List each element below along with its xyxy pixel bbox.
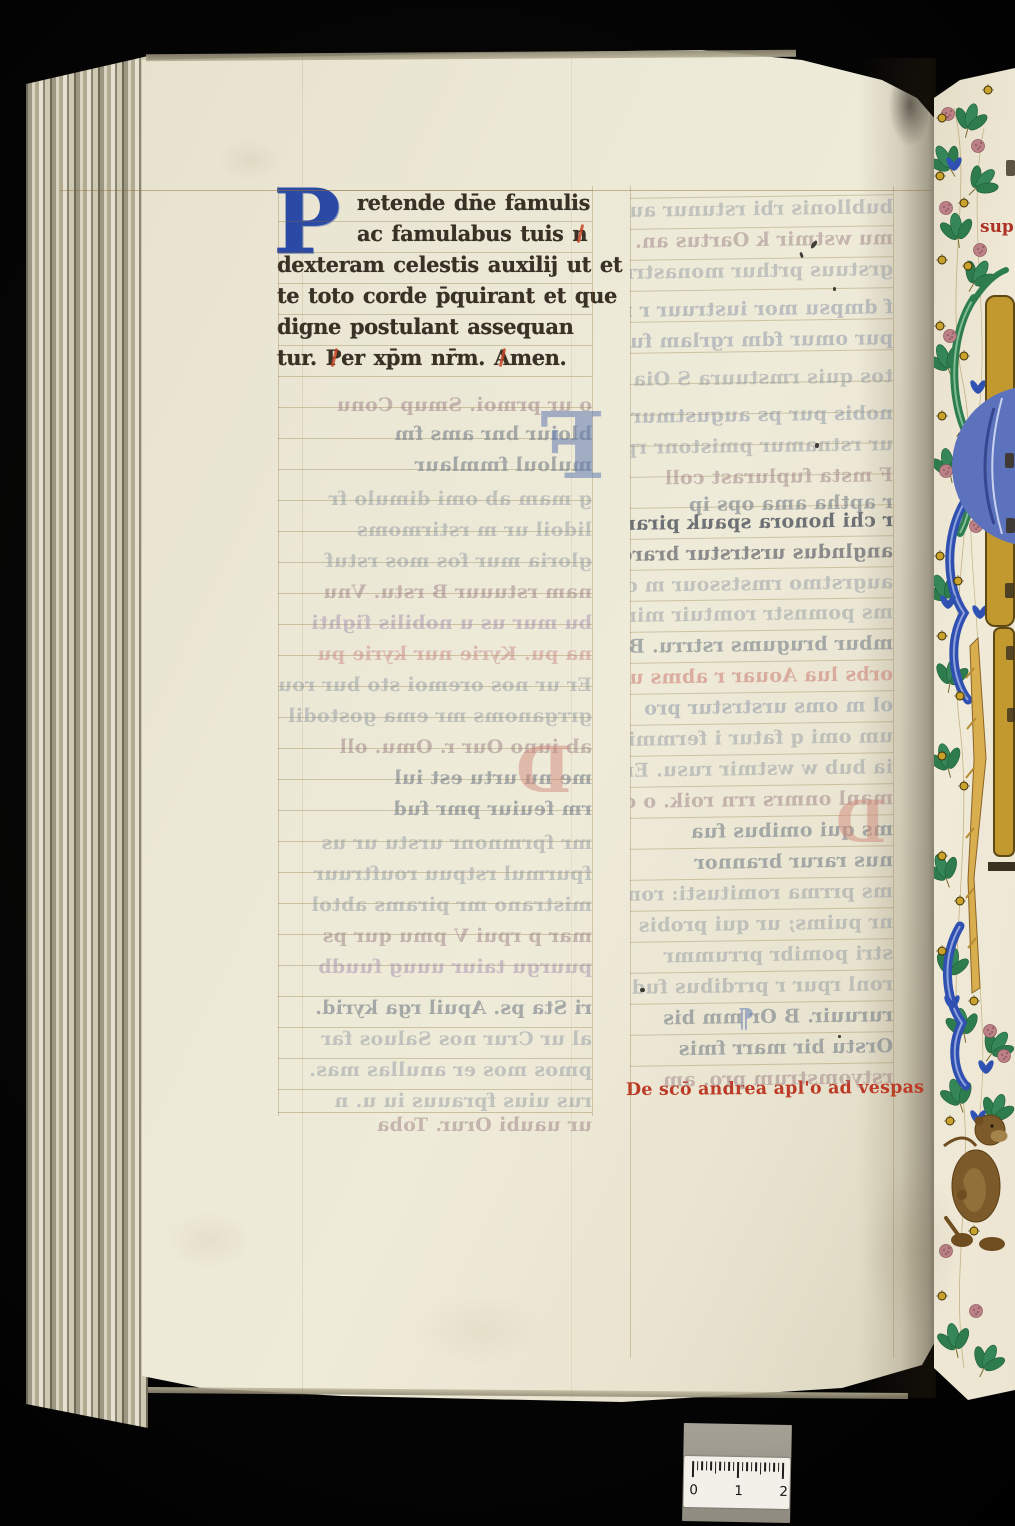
scale-tick bbox=[724, 1462, 726, 1471]
prayer-line: dexteram celestis auxilij ut et bbox=[277, 249, 599, 280]
showthrough-line: ur rstnamur pmistonr rpl. bbox=[630, 431, 893, 461]
scale-tick bbox=[782, 1463, 784, 1479]
showthrough-line: mr fprmnonr urstu ur us bbox=[278, 830, 592, 856]
showthrough-line: lidoil ur m rstirmoms bbox=[278, 517, 592, 543]
showthrough-line: ol m oms urstrstur pro bbox=[630, 692, 893, 722]
showthrough-initial: D bbox=[516, 742, 572, 800]
scale-tick bbox=[746, 1462, 748, 1471]
showthrough-line: r chi honora spauk pirams bbox=[630, 507, 893, 537]
ruling-line bbox=[278, 221, 592, 222]
ruling-line bbox=[278, 314, 592, 315]
showthrough-line: nr puims; ur qui probis bbox=[630, 909, 893, 939]
scale-tick bbox=[706, 1461, 708, 1470]
showthrough-initial: ¶ bbox=[738, 1008, 755, 1031]
showthrough-initial: D bbox=[836, 796, 886, 848]
ruling-line bbox=[893, 186, 894, 1358]
scale-tick bbox=[751, 1462, 753, 1471]
showthrough-line: ms pomnstr romtuir mir bbox=[630, 599, 893, 629]
ink-speck bbox=[640, 988, 645, 992]
showthrough-line: fpurmul rstpuu rouftruur bbox=[278, 861, 592, 887]
showthrough-line: f dmpsu mor iustruur r r bbox=[630, 294, 893, 324]
showthrough-line: Er ur nos oremoi sto bur rou bbox=[278, 672, 592, 698]
ruling-line bbox=[60, 190, 932, 191]
ruling-line bbox=[278, 252, 592, 253]
showthrough-line: gloria mur fos mos rstuf bbox=[278, 548, 592, 574]
scale-tick bbox=[692, 1461, 694, 1477]
showthrough-line: bu mur us u nobilis fighti bbox=[278, 610, 592, 636]
prayer-line: ac famulabus tuis n bbox=[277, 218, 599, 249]
showthrough-initial: F bbox=[540, 405, 605, 488]
scale-tick bbox=[733, 1462, 735, 1471]
scale-sticker: 0 1 2 bbox=[683, 1456, 790, 1509]
scale-tick bbox=[710, 1461, 712, 1470]
showthrough-line: grstuus prthur monastrn bbox=[630, 256, 893, 286]
scale-tick bbox=[778, 1463, 780, 1472]
showthrough-line: mar p rpui V pmu qur ps bbox=[278, 923, 592, 949]
showthrough-line: nobis pur ps augustmur br org bbox=[630, 400, 893, 430]
showthrough-line: nam rstuuur B rstu. Vnu bbox=[278, 579, 592, 605]
ink-speck bbox=[833, 287, 836, 291]
showthrough-line: rstyomstrum pro. am bbox=[630, 1064, 893, 1094]
scale-tick bbox=[701, 1461, 703, 1470]
showthrough-line: bubllonis rbi rstunur augul bbox=[630, 194, 893, 224]
scale-tick bbox=[742, 1462, 744, 1471]
ruling-line bbox=[278, 345, 592, 346]
ruling-line bbox=[278, 376, 592, 377]
scale-tick bbox=[737, 1462, 739, 1478]
color-scale-ruler: 0 1 2 bbox=[680, 1421, 794, 1523]
showthrough-line: ruruuir. B Or mm bis bbox=[630, 1002, 893, 1032]
scale-tick bbox=[760, 1462, 762, 1474]
prayer-line: digne postulant assequan bbox=[277, 311, 599, 342]
showthrough-line: orbs lua Aouar r abms u bbox=[630, 661, 893, 691]
scale-tick bbox=[773, 1463, 775, 1472]
scale-tick bbox=[715, 1462, 717, 1474]
ink-speck bbox=[838, 1035, 841, 1038]
scale-tick bbox=[719, 1462, 721, 1471]
scale-tick bbox=[755, 1462, 757, 1471]
showthrough-line: ms prrma romitusti: rom bbox=[630, 878, 893, 908]
scale-card: 0 1 2 bbox=[682, 1423, 792, 1523]
prayer-line: te toto corde p̄quirant et que bbox=[277, 280, 599, 311]
ruling-line bbox=[630, 287, 893, 292]
showthrough-line: grrganoms mr ema gostodil bbox=[278, 703, 592, 729]
showthrough-line: rus uius fprauus iu u. n bbox=[278, 1088, 592, 1114]
scale-label-1: 1 bbox=[731, 1483, 745, 1499]
scale-tick bbox=[697, 1461, 699, 1470]
showthrough-line: F msta fuplurast coll bbox=[630, 462, 893, 492]
showthrough-line: ia bub w wstmir rusu. Er glo bbox=[630, 754, 893, 784]
manuscript-photo: sup P retende dn̄e famulisac famulabus t… bbox=[0, 0, 1015, 1526]
scale-label-0: 0 bbox=[686, 1482, 700, 1498]
showthrough-line: al ur Crur nos Saluos far bbox=[278, 1026, 592, 1052]
showthrough-line: tos quis rmstuura S Oia p bbox=[630, 363, 893, 393]
showthrough-line: mu wstmir k Oartus an. bbox=[630, 225, 893, 255]
prayer-line: retende dn̄e famulis bbox=[277, 187, 599, 218]
showthrough-line: ronl rpur r prrdibus fud bbox=[630, 971, 893, 1001]
scale-tick bbox=[764, 1463, 766, 1472]
showthrough-line: augrstmo rmstssour m o l bbox=[630, 569, 893, 599]
showthrough-line: um omi q fatur i fermmis bbox=[630, 723, 893, 753]
showthrough-line: pur omur fdm rgrlam fub bbox=[630, 325, 893, 355]
ruling-line bbox=[592, 186, 593, 1116]
scale-label-2: 2 bbox=[776, 1484, 790, 1500]
showthrough-line: pmos mos er anullas mas. bbox=[278, 1057, 592, 1083]
prayer-line: tur. Per xp̄m nr̄m. Amen. bbox=[277, 342, 599, 373]
page-content: P retende dn̄e famulisac famulabus tuis … bbox=[0, 0, 1015, 1526]
showthrough-line: na pu. Kyrie nur kyrie pu bbox=[278, 641, 592, 667]
showthrough-line: ri Sta ps. Apuil rga kyrid. bbox=[278, 995, 592, 1021]
ruling-line bbox=[278, 283, 592, 284]
showthrough-line: mbur brugums rstrru. B bbox=[630, 630, 893, 660]
scale-tick bbox=[728, 1462, 730, 1471]
scale-tick bbox=[769, 1463, 771, 1472]
showthrough-line: puurgu taiur uuug fuudb bbox=[278, 954, 592, 980]
showthrough-line: Orstu bir marr fmis bbox=[630, 1033, 893, 1063]
showthrough-line: ur uaubi Orur. Toba bbox=[278, 1112, 592, 1138]
showthrough-line: stri pomibr prrummr bbox=[630, 940, 893, 970]
showthrough-line: mistrano mr pirams abtol bbox=[278, 892, 592, 918]
showthrough-line: anglndus urstrstur braro bbox=[630, 538, 893, 568]
